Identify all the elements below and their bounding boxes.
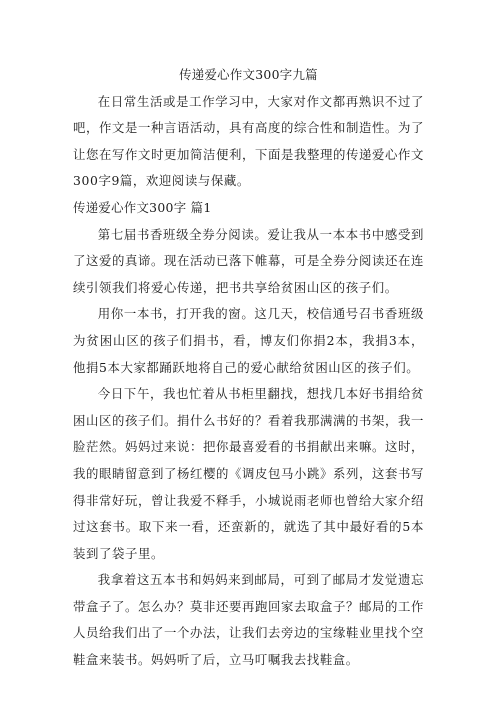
body-paragraph-4: 我拿着这五本书和妈妈来到邮局，可到了邮局才发觉遗忘带盒子了。怎么办？莫非还要再跑…	[73, 567, 424, 673]
document-title: 传递爱心作文300字九篇	[73, 62, 424, 89]
body-paragraph-1: 第七届书香班级全券分阅读。爱让我从一本本书中感受到了这爱的真谛。现在活动已落下帷…	[73, 222, 424, 302]
intro-paragraph: 在日常生活或是工作学习中，大家对作文都再熟识不过了吧，作文是一种言语活动，具有高…	[73, 89, 424, 195]
section-heading: 传递爱心作文300字 篇1	[73, 195, 424, 222]
body-paragraph-2: 用你一本书，打开我的窗。这几天，校信通号召书香班级为贫困山区的孩子们捐书，看，博…	[73, 301, 424, 381]
body-paragraph-3: 今日下午，我也忙着从书柜里翻找，想找几本好书捐给贫困山区的孩子们。捐什么书好的？…	[73, 381, 424, 567]
document-page: 传递爱心作文300字九篇 在日常生活或是工作学习中，大家对作文都再熟识不过了吧，…	[73, 62, 424, 674]
